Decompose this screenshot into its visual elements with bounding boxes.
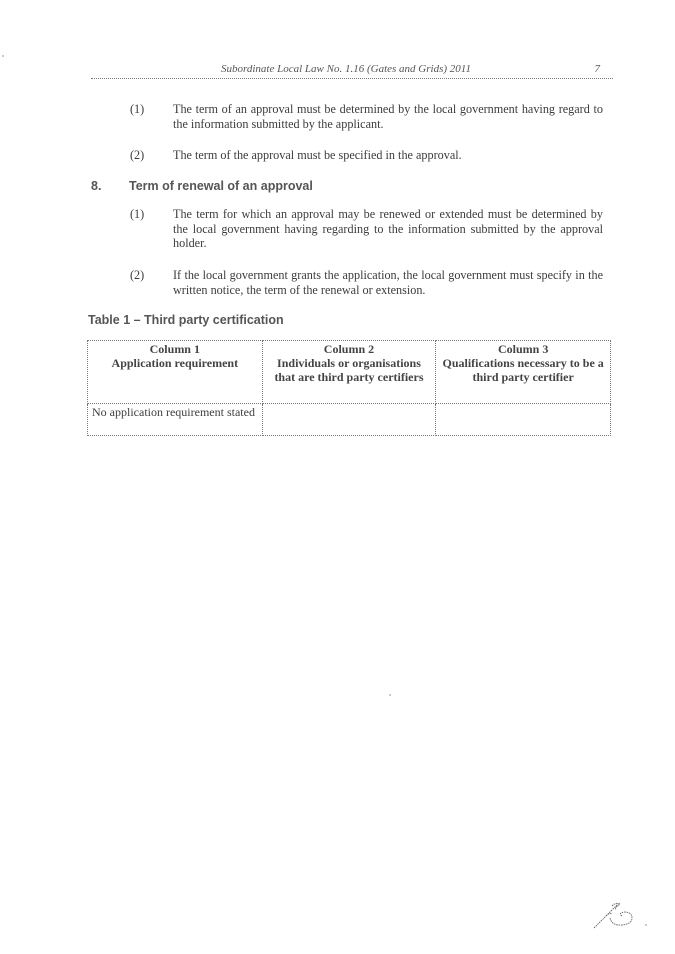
- running-header: Subordinate Local Law No. 1.16 (Gates an…: [91, 63, 610, 77]
- section-number: 8.: [91, 179, 101, 193]
- column-header-3: Column 3 Qualifications necessary to be …: [436, 341, 611, 404]
- clause-text: If the local government grants the appli…: [173, 268, 603, 297]
- section-title: Term of renewal of an approval: [129, 179, 313, 193]
- signature-initials-icon: [592, 892, 642, 932]
- column-description: Qualifications necessary to be a third p…: [440, 356, 606, 384]
- clause-number: (1): [130, 102, 144, 117]
- column-description: Individuals or organisations that are th…: [267, 356, 432, 384]
- clause-text: The term of the approval must be specifi…: [173, 148, 603, 163]
- scan-speck: [389, 694, 391, 696]
- column-number: Column 2: [267, 342, 432, 356]
- scan-speck: [645, 924, 647, 926]
- table-caption: Table 1 – Third party certification: [88, 313, 284, 327]
- column-header-2: Column 2 Individuals or organisations th…: [262, 341, 436, 404]
- column-description: Application requirement: [92, 356, 258, 370]
- clause-number: (2): [130, 268, 144, 283]
- third-party-certification-table: Column 1 Application requirement Column …: [87, 340, 611, 436]
- table-cell: [436, 404, 611, 436]
- column-number: Column 3: [440, 342, 606, 356]
- clause-text: The term of an approval must be determin…: [173, 102, 603, 131]
- table-cell: [262, 404, 436, 436]
- table-header-row: Column 1 Application requirement Column …: [88, 341, 611, 404]
- document-page: Subordinate Local Law No. 1.16 (Gates an…: [0, 0, 675, 954]
- clause-text: The term for which an approval may be re…: [173, 207, 603, 251]
- clause-number: (2): [130, 148, 144, 163]
- clause-number: (1): [130, 207, 144, 222]
- header-divider: [91, 78, 613, 79]
- column-header-1: Column 1 Application requirement: [88, 341, 263, 404]
- scan-speck: [2, 55, 4, 57]
- page-number: 7: [595, 63, 601, 75]
- document-title: Subordinate Local Law No. 1.16 (Gates an…: [221, 63, 471, 75]
- column-number: Column 1: [92, 342, 258, 356]
- table-row: No application requirement stated: [88, 404, 611, 436]
- table-cell: No application requirement stated: [88, 404, 263, 436]
